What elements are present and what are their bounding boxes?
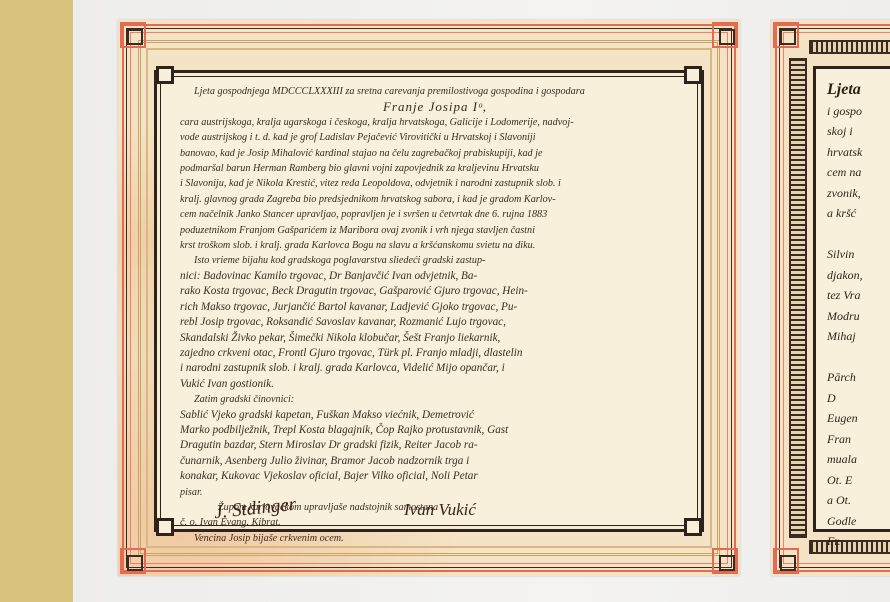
text-line: Dragutin bazdar, Stern Miroslav Dr grads… <box>180 438 690 453</box>
text-line: Fran <box>827 429 890 450</box>
text-line: Pārch <box>827 367 890 388</box>
text-line: konakar, Kukovac Vjekoslav oficial, Baje… <box>180 469 690 484</box>
text-line: D <box>827 388 890 409</box>
text-line: kralj. glavnog grada Zagreba bio predsje… <box>180 192 690 207</box>
text-line: Silvin <box>827 244 890 265</box>
handwritten-text: Ljeta gospodnjega MDCCCLXXXIII za sretna… <box>180 84 690 546</box>
signature-1: J. Stdinger <box>213 494 297 524</box>
text-line: i gospo <box>827 101 890 122</box>
corner-ornament-bl <box>120 548 146 574</box>
text-line: nici: Badovinac Kamilo trgovac, Dr Banja… <box>180 269 690 284</box>
text-line: podmaršal barun Herman Ramberg bio glavn… <box>180 161 690 176</box>
text-line: Marko podbilježnik, Trepl Kosta blagajni… <box>180 423 690 438</box>
inner-corner-bl <box>156 518 174 536</box>
text-line: cem načelnik Janko Stancer upravljao, po… <box>180 207 690 222</box>
corner-ornament-tl <box>120 22 146 48</box>
text-line: Godle <box>827 511 890 532</box>
text-line: Modru <box>827 306 890 327</box>
text-line: krst troškom slob. i kralj. grada Karlov… <box>180 238 690 253</box>
text-line: čunarnik, Asenberg Julio živinar, Bramor… <box>180 454 690 469</box>
text-line: Ot. E <box>827 470 890 491</box>
corner-ornament-tr <box>712 22 738 48</box>
text-line: vode austrijskog i t. d. kad je grof Lad… <box>180 130 690 145</box>
right-partial-document: Ljeta i gospo skoj i hrvatsk cem na zvon… <box>771 20 890 576</box>
text-line: hrvatsk <box>827 142 890 163</box>
text-line: skoj i <box>827 121 890 142</box>
text-line: Ljeta gospodnjega MDCCCLXXXIII za sretna… <box>180 84 690 99</box>
text-line: Mihaj <box>827 326 890 347</box>
corner-ornament-br <box>712 548 738 574</box>
corner-ornament-bl <box>773 548 799 574</box>
text-line: poduzetnikom Franjom Gašparićem iz Marib… <box>180 223 690 238</box>
text-line: Vencina Josip bijaše crkvenim ocem. <box>180 531 690 546</box>
text-line: Vukić Ivan gostionik. <box>180 377 690 392</box>
text-line: cem na <box>827 162 890 183</box>
text-line: Ljeta <box>827 80 890 101</box>
main-document: Ljeta gospodnjega MDCCCLXXXIII za sretna… <box>118 20 740 576</box>
text-line: Zatim gradski činovnici: <box>180 392 690 407</box>
text-line: rebl Josip trgovac, Roksandić Savoslav k… <box>180 315 690 330</box>
text-line: i Slavoniju, kad je Nikola Krestić, vite… <box>180 176 690 191</box>
text-line: tez Vra <box>827 285 890 306</box>
text-line: Fr. <box>827 531 890 552</box>
text-line: cara austrijskoga, kralja ugarskoga i če… <box>180 115 690 130</box>
emperor-name: Franje Josipa Iᵒ, <box>180 99 690 114</box>
inner-corner-tl <box>156 66 174 84</box>
text-line: djakon, <box>827 265 890 286</box>
text-line: a Ot. <box>827 490 890 511</box>
corner-ornament-tl <box>773 22 799 48</box>
text-line: zvonik, <box>827 183 890 204</box>
text-line: a kršć <box>827 203 890 224</box>
text-line: Sablić Vjeko gradski kapetan, Fuškan Mak… <box>180 408 690 423</box>
signatures: J. Stdinger Ivan Vukić <box>214 498 674 528</box>
text-line: Skandalski Živko pekar, Šimečki Nikola k… <box>180 331 690 346</box>
inner-corner-tr <box>684 66 702 84</box>
text-line <box>827 224 890 245</box>
text-line: rich Makso trgovac, Jurjančić Bartol kav… <box>180 300 690 315</box>
chain-border-left <box>789 58 807 538</box>
signature-2: Ivan Vukić <box>404 500 476 520</box>
text-line: zajedno crkveni otac, Frontl Gjuro trgov… <box>180 346 690 361</box>
text-line: Isto vrieme bijahu kod gradskoga poglava… <box>180 253 690 268</box>
yellow-wall-panel <box>0 0 73 602</box>
text-line: muala <box>827 449 890 470</box>
text-line <box>827 347 890 368</box>
text-line: banovao, kad je Josip Mihalović kardinal… <box>180 146 690 161</box>
handwritten-text: Ljeta i gospo skoj i hrvatsk cem na zvon… <box>827 80 890 552</box>
chain-border-top <box>809 40 890 54</box>
text-line: rako Kosta trgovac, Beck Dragutin trgova… <box>180 284 690 299</box>
text-line: i narodni zastupnik slob. i kralj. grada… <box>180 361 690 376</box>
text-line: Eugen <box>827 408 890 429</box>
